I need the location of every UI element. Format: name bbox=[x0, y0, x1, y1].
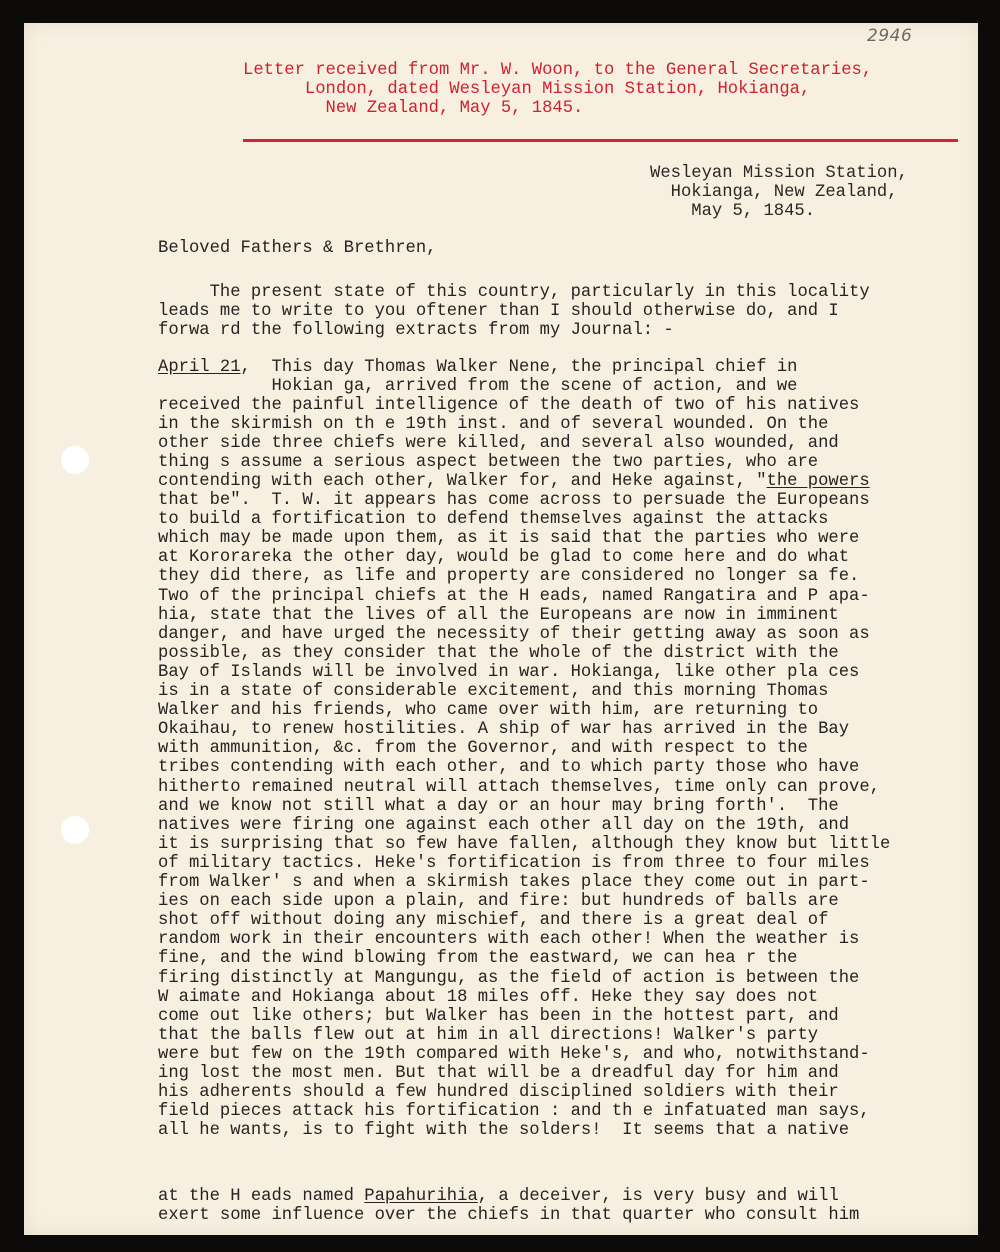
body-line: in the skirmish on th e 19th inst. and o… bbox=[158, 415, 828, 434]
punch-hole bbox=[61, 816, 89, 844]
body-line: natives were firing one against each oth… bbox=[158, 816, 849, 835]
header-line: New Zealand, May 5, 1845. bbox=[243, 99, 583, 118]
body-line: hia, state that the lives of all the Eur… bbox=[158, 606, 839, 625]
body-line: Two of the principal chiefs at the H ead… bbox=[158, 587, 870, 606]
header-line: Letter received from Mr. W. Woon, to the… bbox=[243, 61, 872, 80]
body-line: is in a state of considerable excitement… bbox=[158, 682, 828, 701]
body-line: they did there, as life and property are… bbox=[158, 567, 859, 586]
body-line: field pieces attack his fortification : … bbox=[158, 1102, 870, 1121]
address-line: May 5, 1845. bbox=[650, 202, 815, 221]
body-line: possible, as they consider that the whol… bbox=[158, 644, 839, 663]
body-line: tribes contending with each other, and t… bbox=[158, 758, 859, 777]
body-line: at the H eads named Papahurihia, a decei… bbox=[158, 1187, 839, 1206]
body-line: which may be made upon them, as it is sa… bbox=[158, 529, 859, 548]
body-line: that be". T. W. it appears has come acro… bbox=[158, 491, 870, 510]
address-line: Wesleyan Mission Station, bbox=[650, 164, 908, 183]
body-line: were but few on the 19th compared with H… bbox=[158, 1045, 870, 1064]
body-line: danger, and have urged the necessity of … bbox=[158, 625, 870, 644]
body-line: contending with each other, Walker for, … bbox=[158, 472, 870, 491]
body-line: firing distinctly at Mangungu, as the fi… bbox=[158, 969, 859, 988]
intro-line: forwa rd the following extracts from my … bbox=[158, 321, 674, 340]
body-line: Walker and his friends, who came over wi… bbox=[158, 701, 818, 720]
intro-line: The present state of this country, parti… bbox=[158, 283, 870, 302]
body-line: thing s assume a serious aspect between … bbox=[158, 453, 818, 472]
body-line: come out like others; but Walker has bee… bbox=[158, 1007, 839, 1026]
body-line: ies on each side upon a plain, and fire:… bbox=[158, 892, 839, 911]
header-line: London, dated Wesleyan Mission Station, … bbox=[243, 80, 810, 99]
body-line: shot off without doing any mischief, and… bbox=[158, 911, 828, 930]
body-line: received the painful intelligence of the… bbox=[158, 396, 859, 415]
body-line: random work in their encounters with eac… bbox=[158, 930, 859, 949]
body-line: and we know not still what a day or an h… bbox=[158, 797, 839, 816]
body-line: fine, and the wind blowing from the east… bbox=[158, 949, 797, 968]
body-line: hitherto remained neutral will attach th… bbox=[158, 778, 880, 797]
body-line: it is surprising that so few have fallen… bbox=[158, 835, 890, 854]
body-line: Okaihau, to renew hostilities. A ship of… bbox=[158, 720, 849, 739]
body-line: that the balls flew out at him in all di… bbox=[158, 1026, 818, 1045]
archive-number: 2946 bbox=[867, 26, 912, 46]
body-line: to build a fortification to defend thems… bbox=[158, 510, 828, 529]
entry-date: April 21 bbox=[158, 358, 241, 377]
header-divider bbox=[243, 139, 958, 142]
body-line: from Walker' s and when a skirmish takes… bbox=[158, 873, 870, 892]
body-line: at Kororareka the other day, would be gl… bbox=[158, 548, 849, 567]
body-line: Hokian ga, arrived from the scene of act… bbox=[158, 377, 797, 396]
salutation: Beloved Fathers & Brethren, bbox=[158, 239, 436, 258]
body-line: ing lost the most men. But that will be … bbox=[158, 1064, 839, 1083]
body-line: all he wants, is to fight with the solde… bbox=[158, 1121, 849, 1140]
body-line: W aimate and Hokianga about 18 miles off… bbox=[158, 988, 818, 1007]
body-line: other side three chiefs were killed, and… bbox=[158, 434, 839, 453]
body-line: his adherents should a few hundred disci… bbox=[158, 1083, 839, 1102]
address-line: Hokianga, New Zealand, bbox=[650, 183, 898, 202]
body-line: with ammunition, &c. from the Governor, … bbox=[158, 739, 808, 758]
journal-entry-heading: April 21, This day Thomas Walker Nene, t… bbox=[158, 358, 797, 377]
punch-hole bbox=[61, 446, 89, 474]
body-line: Bay of Islands will be involved in war. … bbox=[158, 663, 859, 682]
body-line: exert some influence over the chiefs in … bbox=[158, 1206, 859, 1225]
body-line: of military tactics. Heke's fortificatio… bbox=[158, 854, 870, 873]
intro-line: leads me to write to you oftener than I … bbox=[158, 302, 839, 321]
